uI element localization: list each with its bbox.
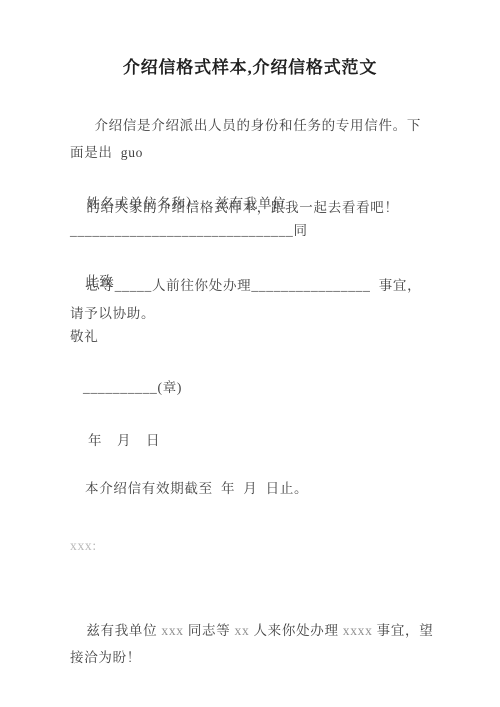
body-seg-5: 人来你处办理: [249, 623, 342, 638]
form-line-1: 姓名或单位名称）： 兹有我单位_________________________…: [70, 196, 308, 239]
recipient-placeholder: xxx:: [70, 532, 435, 560]
body-placeholder-matter: xxxx: [343, 623, 373, 638]
closing-cizhi: 此致: [70, 268, 435, 296]
seal-signature-line: __________(章): [70, 374, 435, 402]
body-placeholder-count: xx: [235, 623, 250, 638]
intro-line-1: 介绍信是介绍派出人员的身份和任务的专用信件。下面是出 guo: [70, 118, 421, 161]
closing-jingli: 敬礼: [70, 323, 435, 351]
body-placeholder-unit: xxx: [161, 623, 183, 638]
body-seg-1: 兹有我单位: [86, 623, 161, 638]
document-page: 介绍信格式样本,介绍信格式范文 介绍信是介绍派出人员的身份和任务的专用信件。下面…: [0, 0, 500, 707]
validity-line: 本介绍信有效期截至 年 月 日止。: [70, 475, 435, 503]
date-line: 年 月 日: [70, 427, 435, 455]
body-line: 兹有我单位 xxx 同志等 xx 人来你处办理 xxxx 事宜，望接洽为盼！: [70, 589, 435, 699]
document-title: 介绍信格式样本,介绍信格式范文: [0, 56, 500, 80]
body-seg-3: 同志等: [184, 623, 235, 638]
